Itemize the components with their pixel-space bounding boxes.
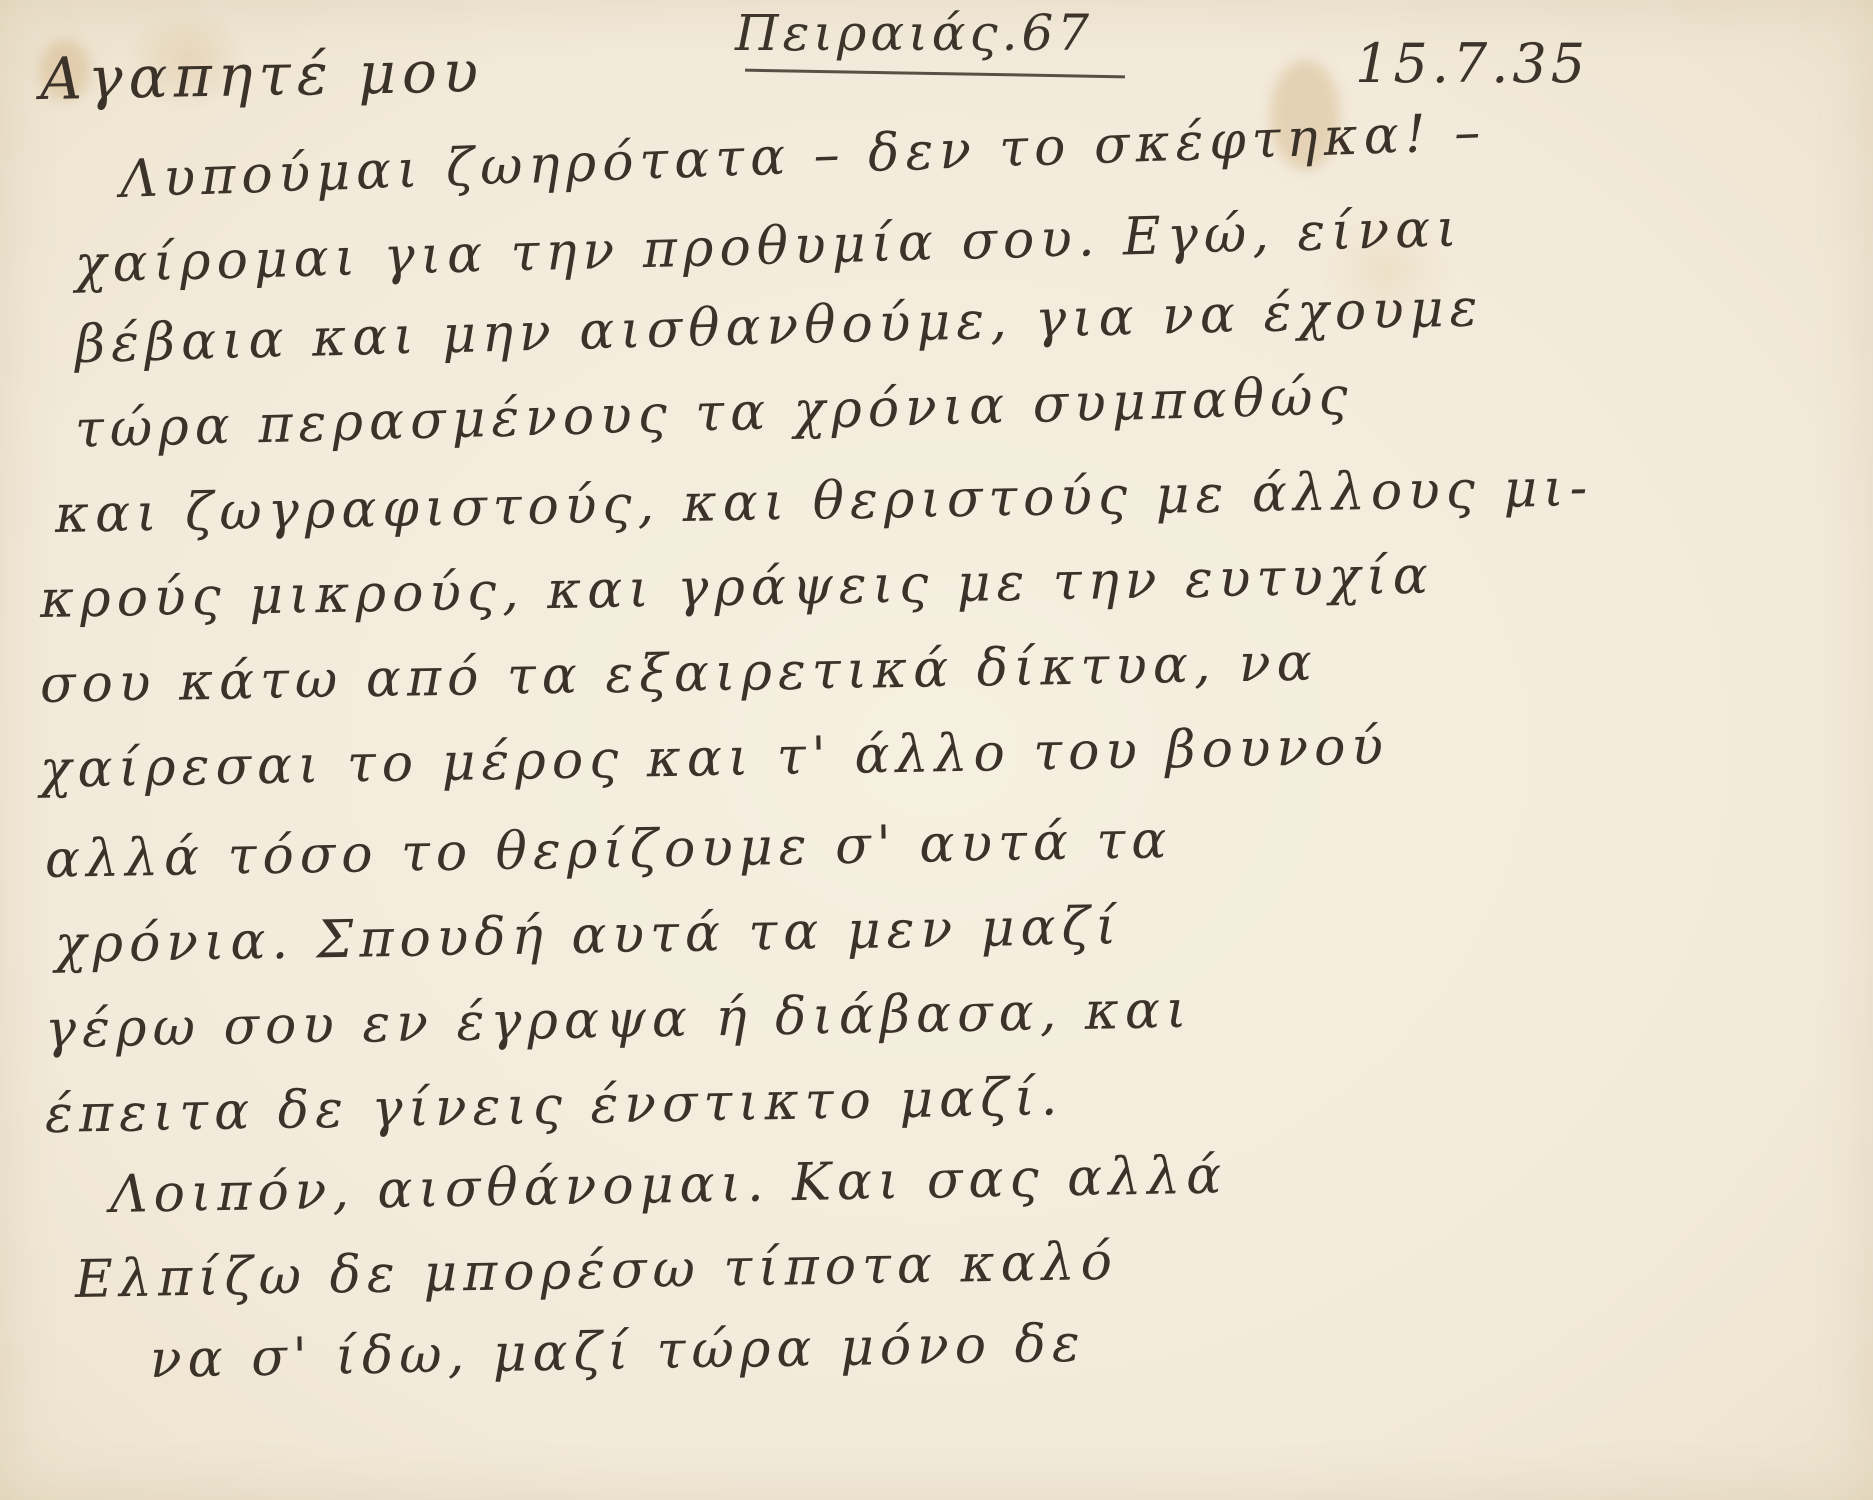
body-line: τώρα περασμένους τα χρόνια συμπαθώς	[74, 367, 1354, 460]
body-line: έπειτα δε γίνεις ένστικτο μαζί.	[44, 1067, 1063, 1145]
letter-page: Πειραιάς.67 15.7.35 Αγαπητέ μου Λυπούμαι…	[0, 0, 1873, 1500]
body-line: γέρω σου εν έγραψα ή διάβασα, και	[44, 980, 1192, 1060]
letter-date: 15.7.35	[1355, 32, 1589, 95]
place-number: 67	[1021, 4, 1093, 62]
body-line: σου κάτω από τα εξαιρετικά δίκτυα, να	[39, 633, 1318, 715]
letter-place-heading: Πειραιάς.67	[735, 4, 1093, 62]
body-line: κρούς μικρούς, και γράψεις με την ευτυχί…	[39, 546, 1434, 630]
body-line: και ζωγραφιστούς, και θεριστούς με άλλου…	[54, 458, 1593, 545]
body-line: χαίρεσαι το μέρος και τ' άλλο του βουνού	[39, 716, 1389, 800]
heading-underline	[745, 69, 1125, 79]
body-line: βέβαια και μην αισθανθούμε, για να έχουμ…	[74, 278, 1484, 375]
body-line: χρόνια. Σπουδή αυτά τα μεν μαζί	[54, 896, 1122, 975]
salutation: Αγαπητέ μου	[39, 37, 484, 113]
body-line: αλλά τόσο το θερίζουμε σ' αυτά τα	[44, 810, 1172, 890]
body-line: Λυπούμαι ζωηρότατα – δεν το σκέφτηκα! –	[119, 102, 1487, 210]
body-line: Ελπίζω δε μπορέσω τίποτα καλό	[74, 1232, 1118, 1310]
body-line: χαίρομαι για την προθυμία σου. Εγώ, είνα…	[74, 199, 1463, 295]
body-line: να σ' ίδω, μαζί τώρα μόνο δε	[149, 1314, 1086, 1390]
place-name: Πειραιάς	[735, 4, 1002, 62]
body-line: Λοιπόν, αισθάνομαι. Και σας αλλά	[109, 1146, 1227, 1225]
